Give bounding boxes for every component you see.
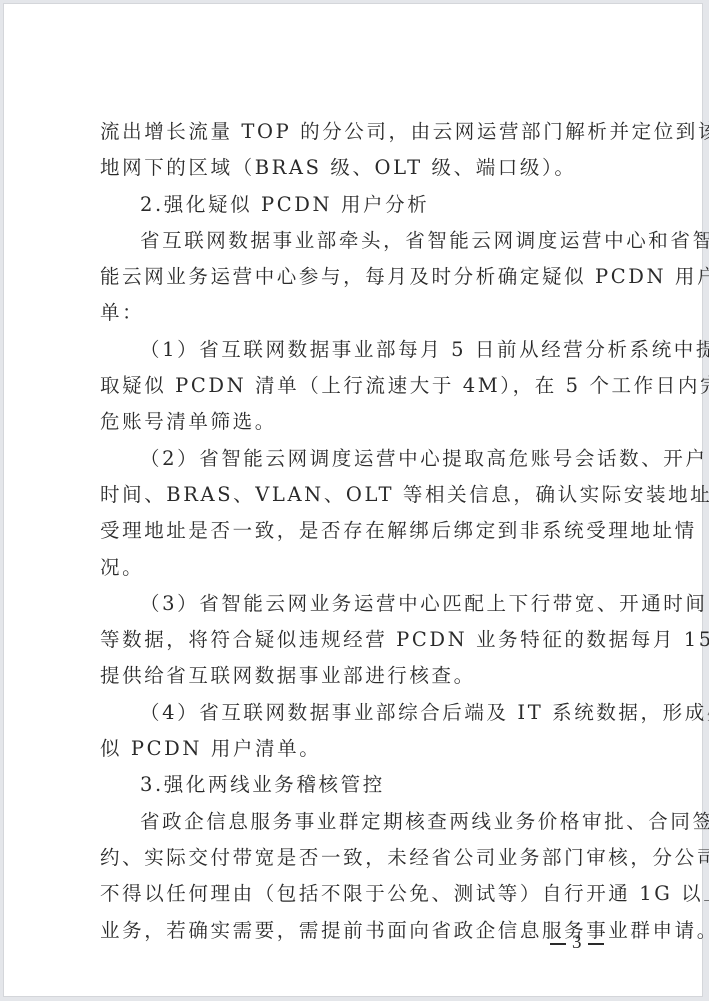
text-line: 受理地址是否一致，是否存在解绑后绑定到非系统受理地址情 [100,513,620,549]
text-line: 能云网业务运营中心参与，每月及时分析确定疑似 PCDN 用户清 [100,259,620,295]
text-line: （2）省智能云网调度运营中心提取高危账号会话数、开户 [100,441,620,477]
text-line: 单： [100,295,620,331]
text-line: 约、实际交付带宽是否一致，未经省公司业务部门审核，分公司 [100,840,620,876]
text-line: （3）省智能云网业务运营中心匹配上下行带宽、开通时间 [100,586,620,622]
text-line: （4）省互联网数据事业部综合后端及 IT 系统数据，形成疑 [100,695,620,731]
document-body: 流出增长流量 TOP 的分公司，由云网运营部门解析并定位到该本地网下的区域（BR… [100,114,620,949]
text-line: 时间、BRAS、VLAN、OLT 等相关信息，确认实际安装地址与系统 [100,477,620,513]
paragraph-p2-intro: 省互联网数据事业部牵头，省智能云网调度运营中心和省智能云网业务运营中心参与，每月… [100,223,620,332]
document-page: 流出增长流量 TOP 的分公司，由云网运营部门解析并定位到该本地网下的区域（BR… [3,3,703,997]
text-line: 业务，若确实需要，需提前书面向省政企信息服务事业群申请。 [100,913,620,949]
dash-right [588,943,604,945]
text-line: 3.强化两线业务稽核管控 [100,767,620,803]
text-line: 提供给省互联网数据事业部进行核查。 [100,658,620,694]
paragraph-p2-item-2: （2）省智能云网调度运营中心提取高危账号会话数、开户时间、BRAS、VLAN、O… [100,441,620,586]
text-line: 省政企信息服务事业群定期核查两线业务价格审批、合同签 [100,804,620,840]
text-line: 不得以任何理由（包括不限于公免、测试等）自行开通 1G 以上 [100,876,620,912]
paragraph-p2-item-4: （4）省互联网数据事业部综合后端及 IT 系统数据，形成疑似 PCDN 用户清单… [100,695,620,768]
text-line: 流出增长流量 TOP 的分公司，由云网运营部门解析并定位到该本 [100,114,620,150]
paragraph-p2-item-1: （1）省互联网数据事业部每月 5 日前从经营分析系统中提取疑似 PCDN 清单（… [100,332,620,441]
paragraph-p1-continuation: 流出增长流量 TOP 的分公司，由云网运营部门解析并定位到该本地网下的区域（BR… [100,114,620,187]
text-line: （1）省互联网数据事业部每月 5 日前从经营分析系统中提 [100,332,620,368]
text-line: 取疑似 PCDN 清单（上行流速大于 4M），在 5 个工作日内完成高 [100,368,620,404]
paragraph-p3-body: 省政企信息服务事业群定期核查两线业务价格审批、合同签约、实际交付带宽是否一致，未… [100,804,620,949]
text-line: 等数据，将符合疑似违规经营 PCDN 业务特征的数据每月 15 日前 [100,622,620,658]
text-line: 似 PCDN 用户清单。 [100,731,620,767]
text-line: 地网下的区域（BRAS 级、OLT 级、端口级）。 [100,150,620,186]
text-line: 2.强化疑似 PCDN 用户分析 [100,187,620,223]
page-number-footer: 3 [544,932,610,954]
page-number: 3 [572,932,582,953]
dash-left [550,943,566,945]
text-line: 况。 [100,550,620,586]
text-line: 危账号清单筛选。 [100,404,620,440]
paragraph-p2-item-3: （3）省智能云网业务运营中心匹配上下行带宽、开通时间等数据，将符合疑似违规经营 … [100,586,620,695]
text-line: 省互联网数据事业部牵头，省智能云网调度运营中心和省智 [100,223,620,259]
paragraph-heading-3: 3.强化两线业务稽核管控 [100,767,620,803]
paragraph-heading-2: 2.强化疑似 PCDN 用户分析 [100,187,620,223]
